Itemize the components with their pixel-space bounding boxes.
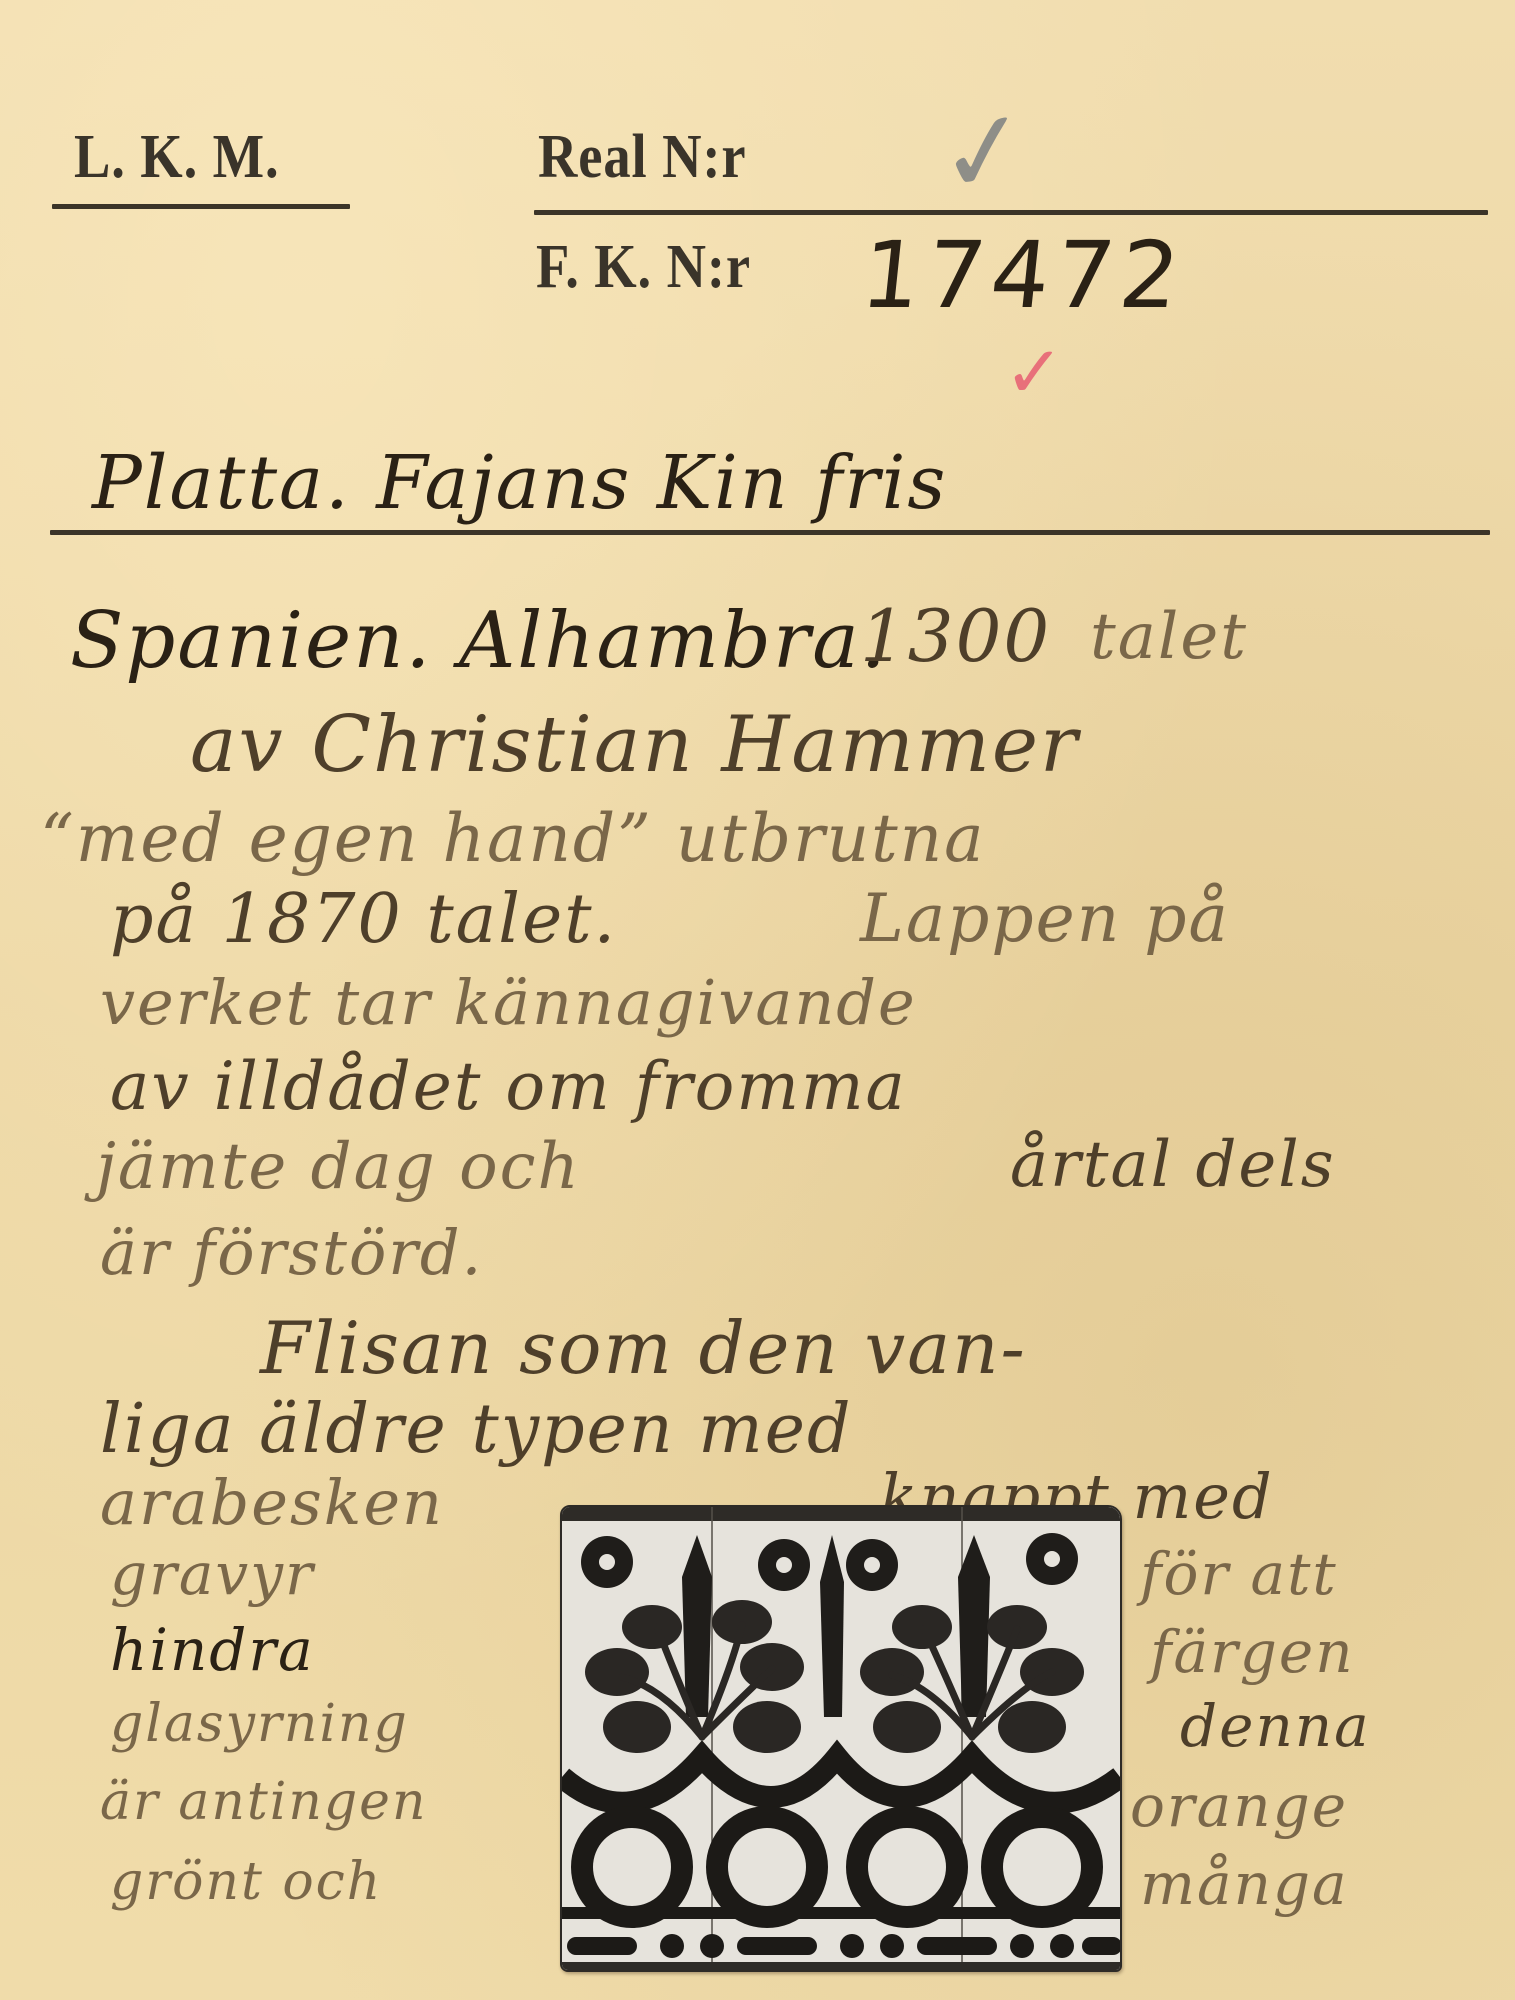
title-rule	[50, 530, 1490, 535]
note-left-1: gravyr	[110, 1540, 315, 1608]
object-title: Platta. Fajans Kin fris	[92, 440, 947, 526]
note-line-label-b: verket tar kännagivande	[100, 966, 917, 1039]
note-left-5: grönt och	[110, 1852, 382, 1912]
note-line-year: på 1870 talet.	[110, 880, 617, 959]
fk-nr-value: 17472	[856, 222, 1190, 329]
museum-label: L. K. M.	[74, 122, 280, 193]
real-nr-label: Real N:r	[538, 122, 747, 193]
note-line-collector: av Christian Hammer	[190, 700, 1079, 790]
note-left-2: hindra	[110, 1616, 315, 1684]
note-line-arabesque: arabesken	[100, 1466, 444, 1539]
note-left-4: är antingen	[100, 1772, 427, 1832]
note-right-2: färgen	[1150, 1618, 1355, 1686]
note-line-date: jämte dag och	[96, 1130, 581, 1204]
note-line-label-a: Lappen på	[860, 880, 1230, 957]
note-line-destroyed: är förstörd.	[100, 1216, 483, 1289]
fk-nr-label: F. K. N:r	[536, 232, 751, 303]
note-right-3: denna	[1180, 1692, 1371, 1760]
note-line-origin: Spanien. Alhambra.	[70, 596, 888, 686]
pencil-check-icon: ✓	[930, 82, 1039, 222]
tile-photograph	[560, 1505, 1122, 1972]
note-right-4: orange	[1130, 1772, 1348, 1840]
note-line-tile-a: Flisan som den van-	[260, 1306, 1027, 1390]
note-date-century: talet	[1090, 600, 1248, 674]
real-nr-rule	[534, 210, 1488, 215]
tile-relief-image	[562, 1507, 1120, 1970]
red-check-icon: ✓	[1004, 330, 1064, 414]
note-right-5: många	[1140, 1850, 1349, 1918]
note-line-year-part: årtal dels	[1010, 1128, 1336, 1202]
note-line-tile-b: liga äldre typen med	[100, 1390, 853, 1469]
note-date-number: 1300	[860, 594, 1051, 678]
note-right-1: för att	[1140, 1540, 1338, 1608]
note-line-deed: av illdådet om fromma	[110, 1048, 907, 1125]
museum-label-rule	[52, 204, 350, 209]
note-line-hand: “med egen hand” utbrutna	[40, 800, 986, 877]
note-left-3: glasyrning	[110, 1694, 409, 1754]
